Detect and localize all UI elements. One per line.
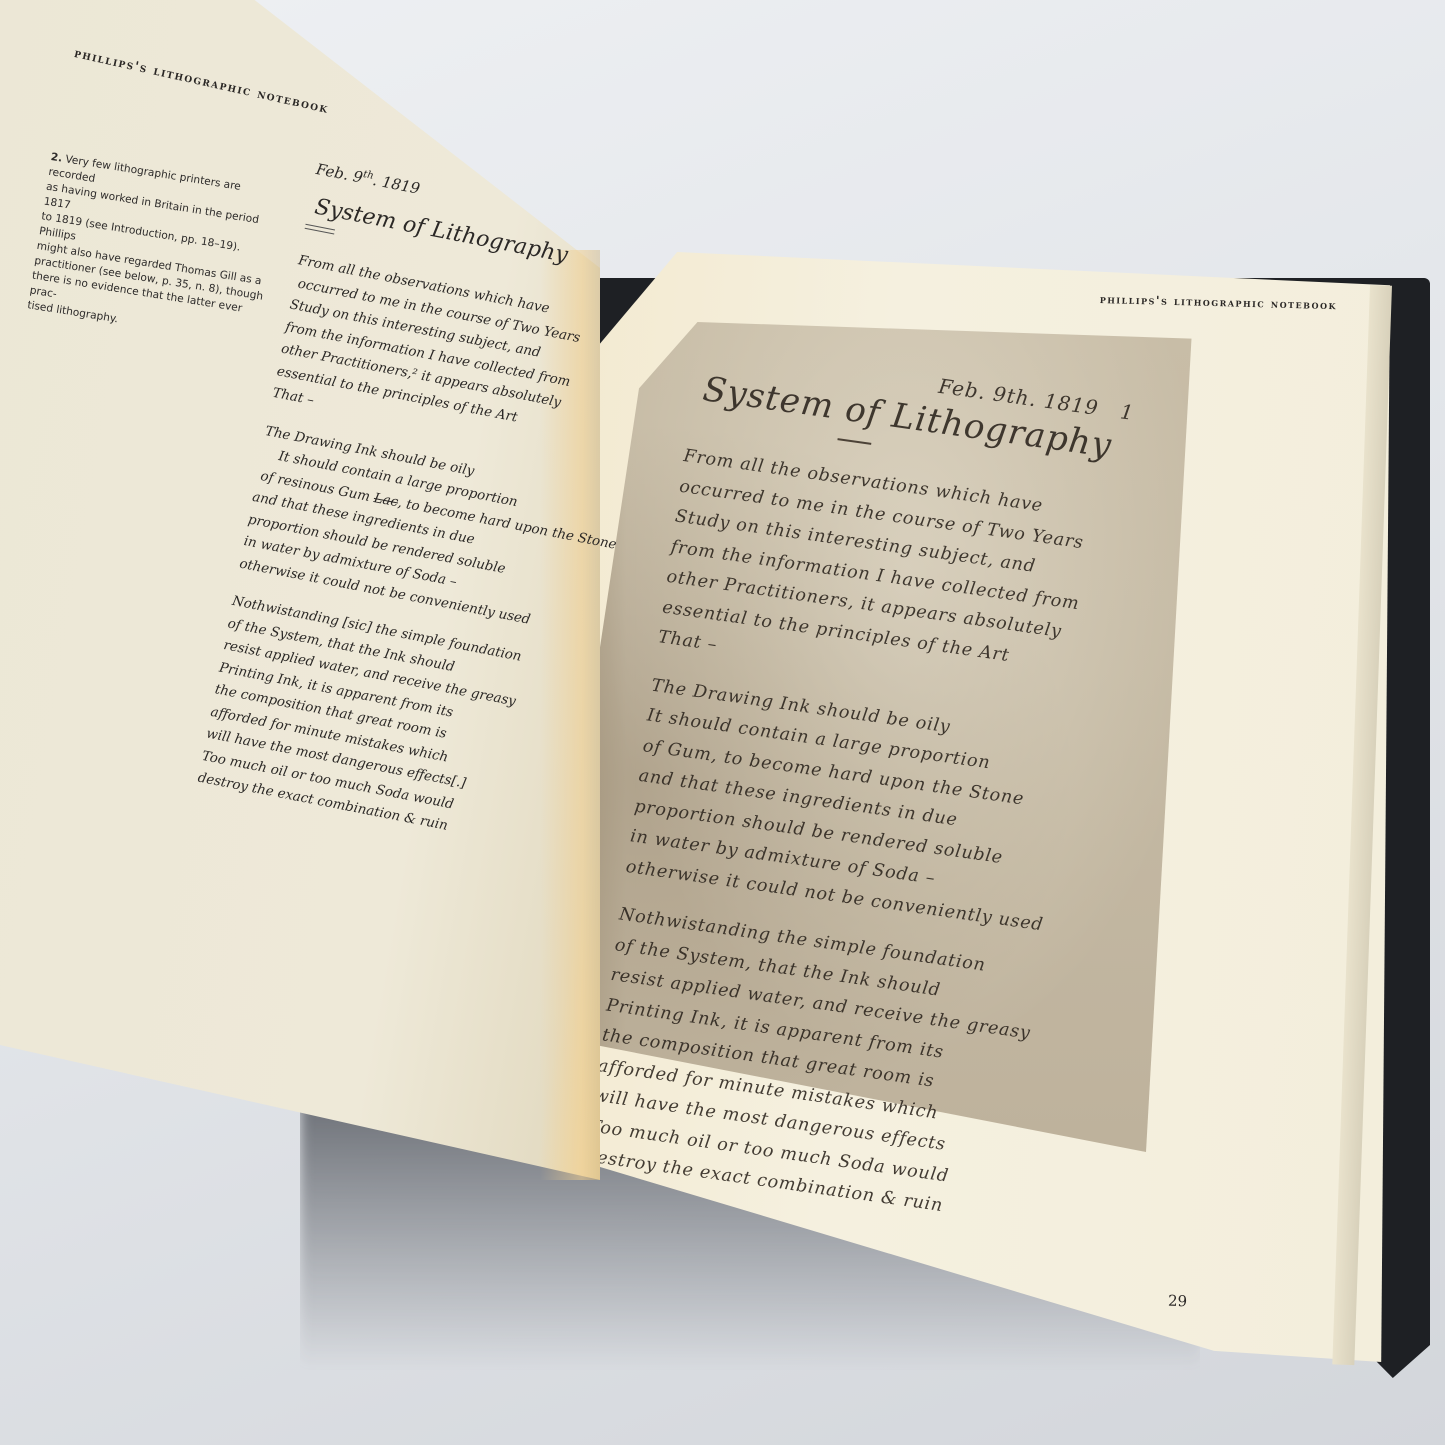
struck-word: Lac	[373, 491, 400, 510]
page-number: 29	[1168, 1292, 1188, 1311]
footnote-number: 2.	[50, 151, 63, 165]
manuscript-paragraph: From all the observations which have occ…	[656, 441, 1151, 718]
manuscript-paragraph: The Drawing Ink should be oily It should…	[624, 670, 1119, 947]
transcription-paragraph: Nothwistanding [sic] the simple foundati…	[196, 591, 529, 847]
manuscript-rule	[837, 438, 871, 445]
manuscript-folio: 1	[1119, 399, 1136, 425]
book-photo: Phillips's Lithographic Notebook Feb. 9t…	[0, 0, 1445, 1445]
manuscript-paragraph: Nothwistanding the simple foundation of …	[583, 900, 1087, 1237]
title-double-rule	[305, 224, 335, 235]
